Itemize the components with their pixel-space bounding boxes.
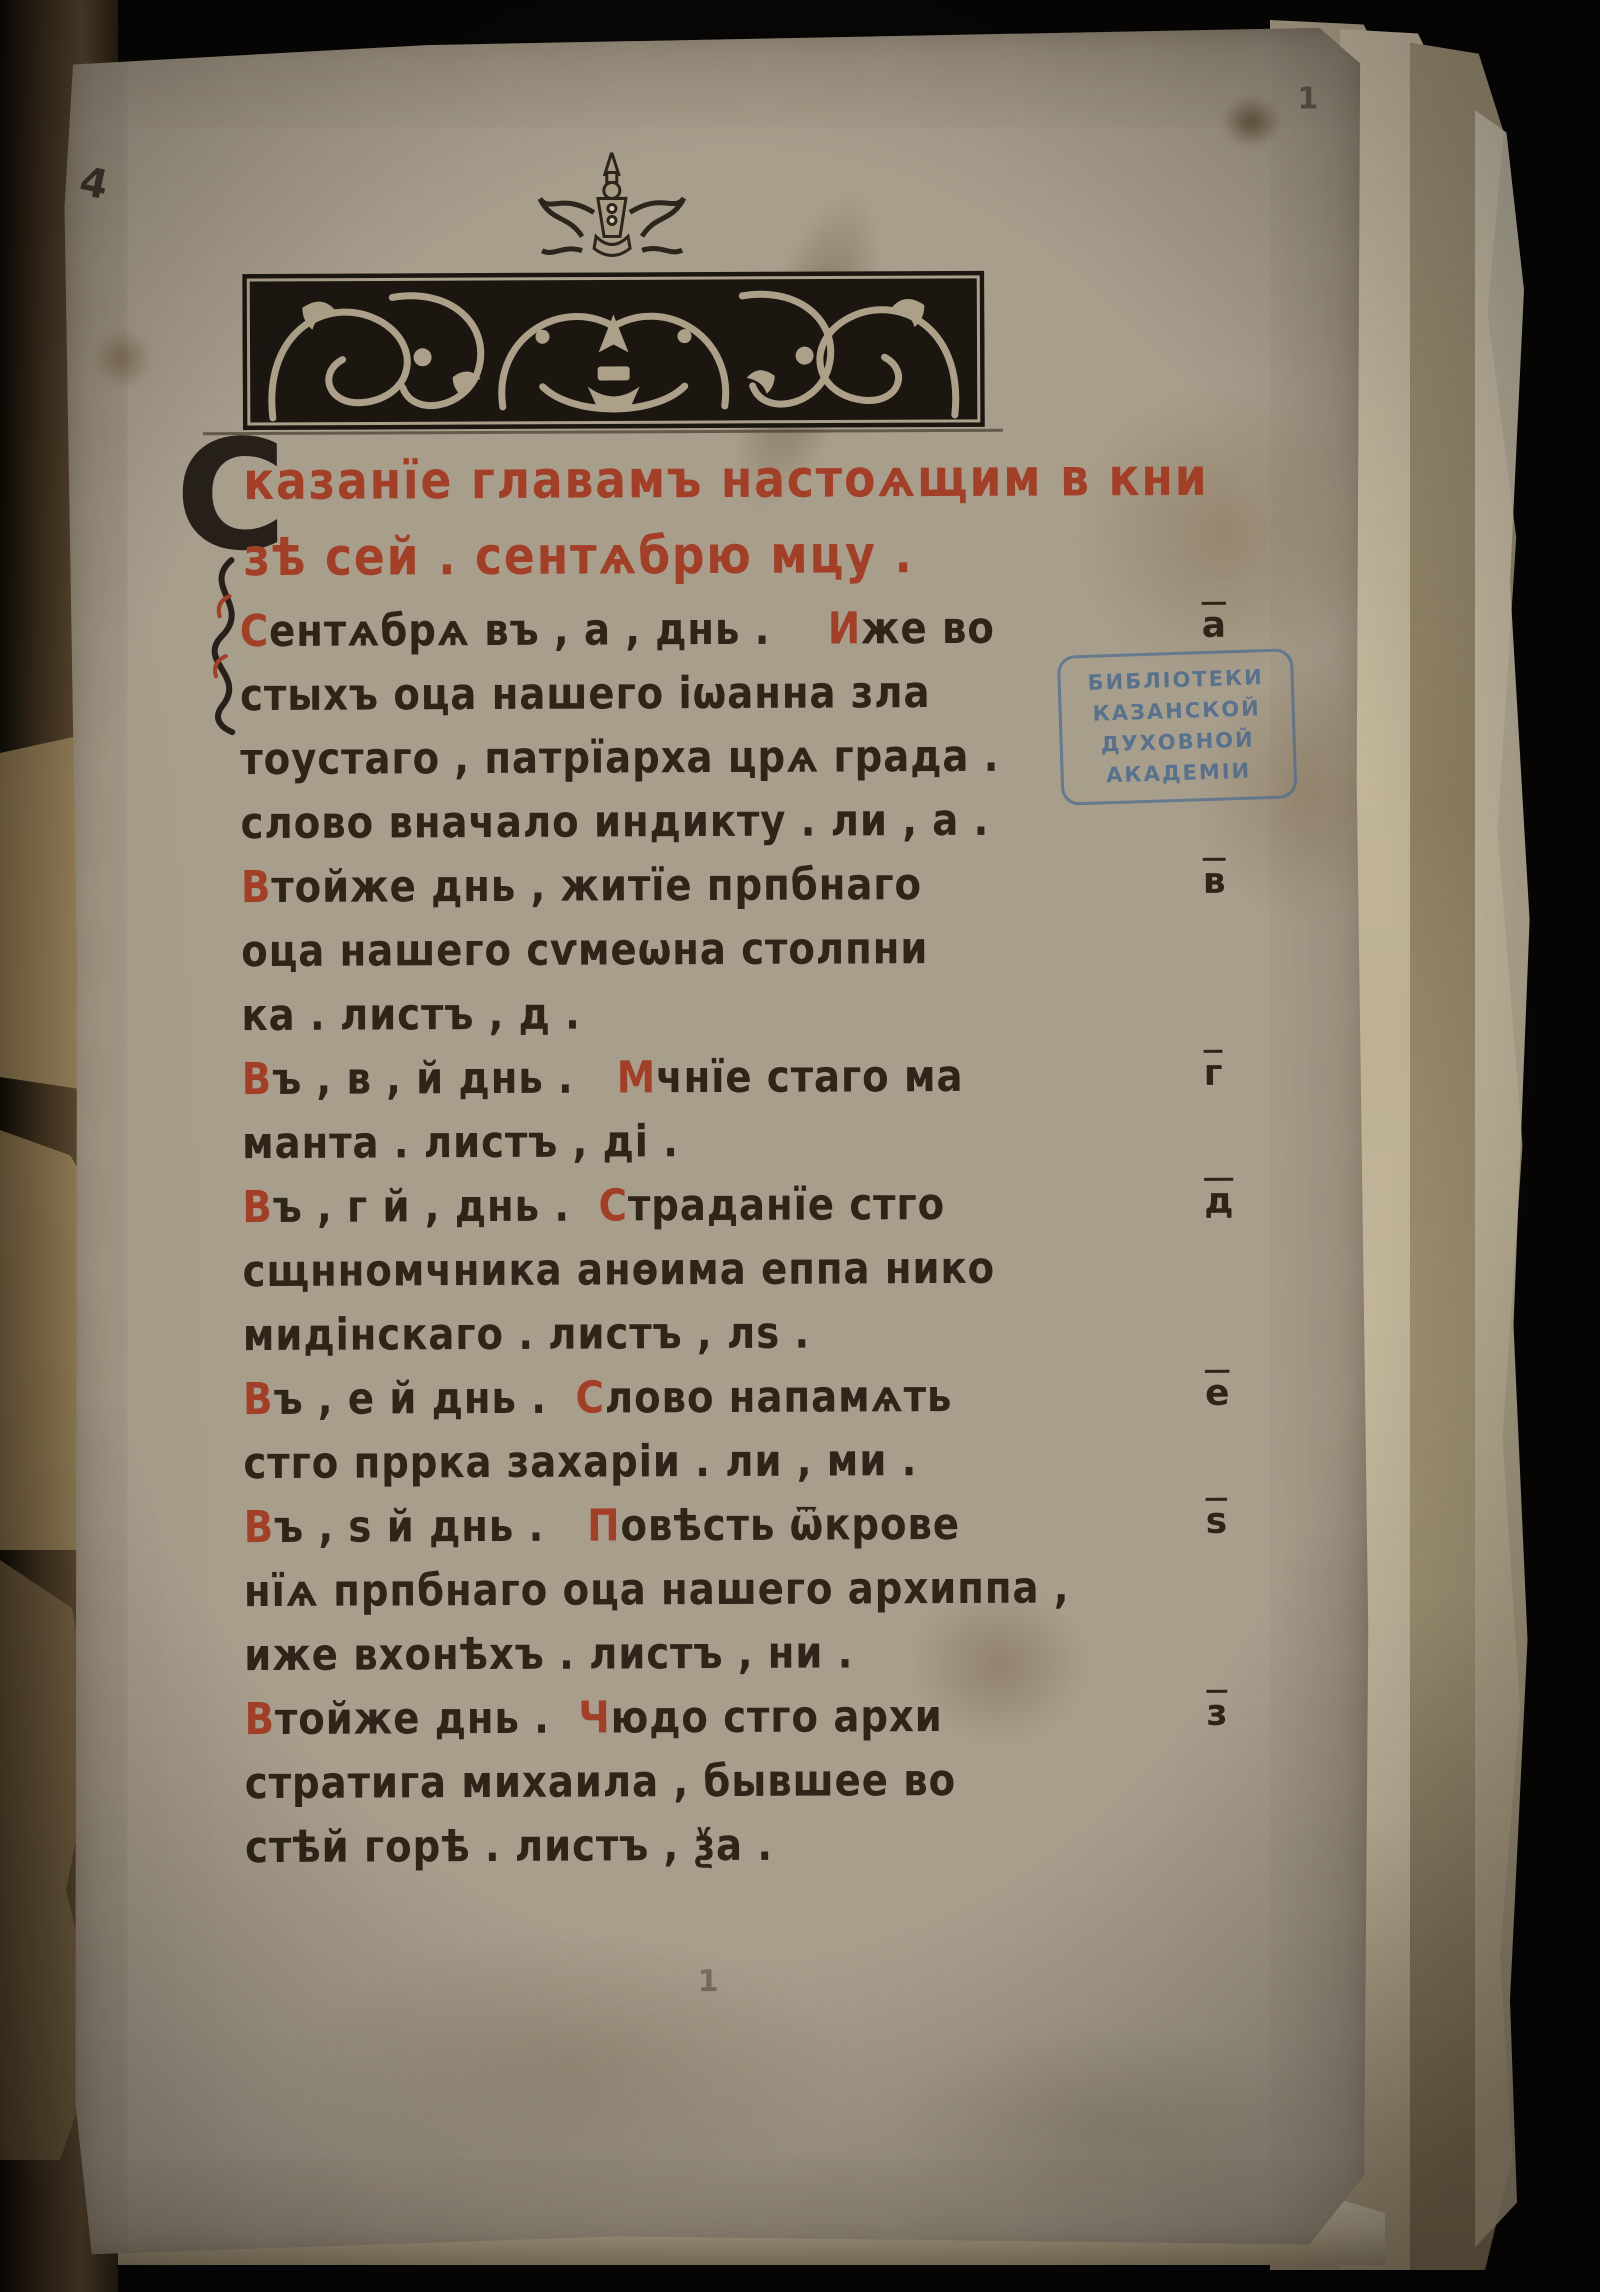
toc-line: стратига михаила , бывшее во — [245, 1748, 1071, 1816]
text-segment: лово напамѧть — [605, 1371, 953, 1424]
text-segment: Ч — [578, 1692, 610, 1743]
text-segment: С — [575, 1372, 605, 1423]
text-segment: П — [587, 1500, 621, 1551]
text-segment: тойже днь . — [275, 1693, 579, 1745]
text-segment: тойже днь , житїе прпбнаго — [271, 859, 922, 913]
toc-line: манта . листъ , ді . — [242, 1108, 1068, 1176]
pencil-mark-bottom-center: 1 — [698, 1964, 719, 1999]
text-segment: иже вхонѣхъ . листъ , ни . — [244, 1627, 853, 1681]
text-segment: оца нашего сѵмеѡна столпни — [241, 923, 928, 977]
book-page: С казанїе главамъ настоѧщим в кни зѣ сей… — [61, 23, 1375, 2259]
text-segment: ка . листъ , д . — [241, 989, 580, 1041]
text-segment: сщнномчника анѳима еппа нико — [242, 1243, 995, 1297]
text-segment: стыхъ оца нашего іѡанна зла — [240, 667, 931, 721]
text-segment: В — [241, 862, 272, 913]
pencil-mark-spine: 4 — [75, 158, 112, 209]
library-stamp: БИБЛІОТЕКИ КАЗАНСКОЙ ДУХОВНОЙ АКАДЕМІИ — [1057, 648, 1298, 806]
margin-chapter-number: в — [1203, 852, 1226, 916]
margin-chapter-number: г — [1204, 1044, 1223, 1108]
toc-line: Въ , е й днь . Слово напамѧть — [243, 1364, 1069, 1432]
toc-line: оца нашего сѵмеѡна столпни — [241, 916, 1067, 984]
toc-line: Втойже днь . Чюдо стго архи — [244, 1684, 1070, 1752]
text-segment: С — [598, 1180, 628, 1231]
toc-line: стыхъ оца нашего іѡанна зла — [240, 660, 1066, 728]
toc-lines: Сентѧбрѧ въ , а , днь . Иже востыхъ оца … — [240, 596, 1071, 1880]
toc-line: Втойже днь , житїе прпбнаго — [241, 852, 1067, 920]
toc-line: стго пррка захаріи . ли , ми . — [243, 1428, 1069, 1496]
text-segment: же во — [861, 603, 995, 655]
toc-line: Въ , г й , днь . Страданїе стго — [242, 1172, 1068, 1240]
toc-line: сщнномчника анѳима еппа нико — [242, 1236, 1068, 1304]
text-segment: ентѧбрѧ въ , а , днь . — [269, 604, 828, 657]
toc-line: иже вхонѣхъ . листъ , ни . — [244, 1620, 1070, 1688]
text-segment: М — [617, 1052, 657, 1103]
toc-line: Въ , в , й днь . Мчнїе стаго ма — [242, 1044, 1068, 1112]
pencil-mark-top-right: 1 — [1297, 81, 1318, 116]
text-segment: мидінскаго . листъ , лѕ . — [243, 1308, 810, 1361]
text-segment: В — [244, 1694, 275, 1745]
text-segment: траданїе стго — [628, 1179, 945, 1231]
text-segment: И — [828, 603, 862, 654]
stain — [1221, 96, 1281, 148]
text-segment: ъ , в , й днь . — [272, 1052, 617, 1105]
headpiece-woodcut — [242, 265, 985, 434]
text-segment: ъ , ѕ й днь . — [274, 1501, 587, 1553]
book-photograph: С казанїе главамъ настоѧщим в кни зѣ сей… — [0, 0, 1600, 2292]
text-segment: овѣсть ѿкрове — [620, 1499, 960, 1551]
toc-line: нїѧ прпбнаго оца нашего архиппа , — [244, 1556, 1070, 1624]
text-segment: В — [242, 1182, 273, 1233]
toc-line: Въ , ѕ й днь . Повѣсть ѿкрове — [244, 1492, 1070, 1560]
toc-line: тоустаго , патрїарха црѧ града . — [240, 724, 1066, 792]
text-segment: чнїе стаго ма — [656, 1051, 964, 1103]
margin-chapter-number: е — [1205, 1364, 1230, 1428]
text-segment: ъ , е й днь . — [273, 1373, 575, 1425]
page-stack-edge — [1475, 20, 1545, 2270]
margin-chapter-number: з — [1206, 1684, 1227, 1748]
text-segment: слово вначало индикту . ли , а . — [240, 795, 989, 849]
text-segment: стратига михаила , бывшее во — [245, 1755, 956, 1809]
text-segment: В — [243, 1374, 274, 1425]
title-line-2: зѣ сей . сентѧбрю мцу . — [243, 525, 913, 588]
text-segment: нїѧ прпбнаго оца нашего архиппа , — [244, 1562, 1070, 1617]
text-segment: манта . листъ , ді . — [242, 1116, 679, 1169]
text-segment: ъ , г й , днь . — [273, 1181, 599, 1233]
text-segment: тоустаго , патрїарха црѧ града . — [240, 731, 999, 785]
stain — [92, 328, 152, 388]
text-segment: юдо стго архи — [611, 1691, 943, 1743]
toc-line: слово вначало индикту . ли , а . — [240, 788, 1066, 856]
title-line-1: казанїе главамъ настоѧщим в кни — [243, 448, 1209, 512]
text-segment: стѣй горѣ . листъ , ѯа . — [245, 1820, 773, 1873]
toc-line: мидінскаго . листъ , лѕ . — [243, 1300, 1069, 1368]
toc-line: Сентѧбрѧ въ , а , днь . Иже во — [240, 596, 1066, 664]
text-segment: В — [244, 1502, 275, 1553]
text-segment: стго пррка захаріи . ли , ми . — [243, 1435, 917, 1489]
toc-line: стѣй горѣ . листъ , ѯа . — [245, 1812, 1071, 1880]
toc-line: ка . листъ , д . — [241, 980, 1067, 1048]
stain — [890, 2023, 1321, 2225]
margin-chapter-number: д — [1204, 1172, 1233, 1236]
margin-chapter-number: ѕ — [1206, 1492, 1228, 1556]
finial-ornament-icon — [532, 152, 693, 275]
text-segment: В — [242, 1054, 273, 1105]
stain — [289, 1925, 850, 2207]
text-segment: С — [240, 606, 270, 657]
